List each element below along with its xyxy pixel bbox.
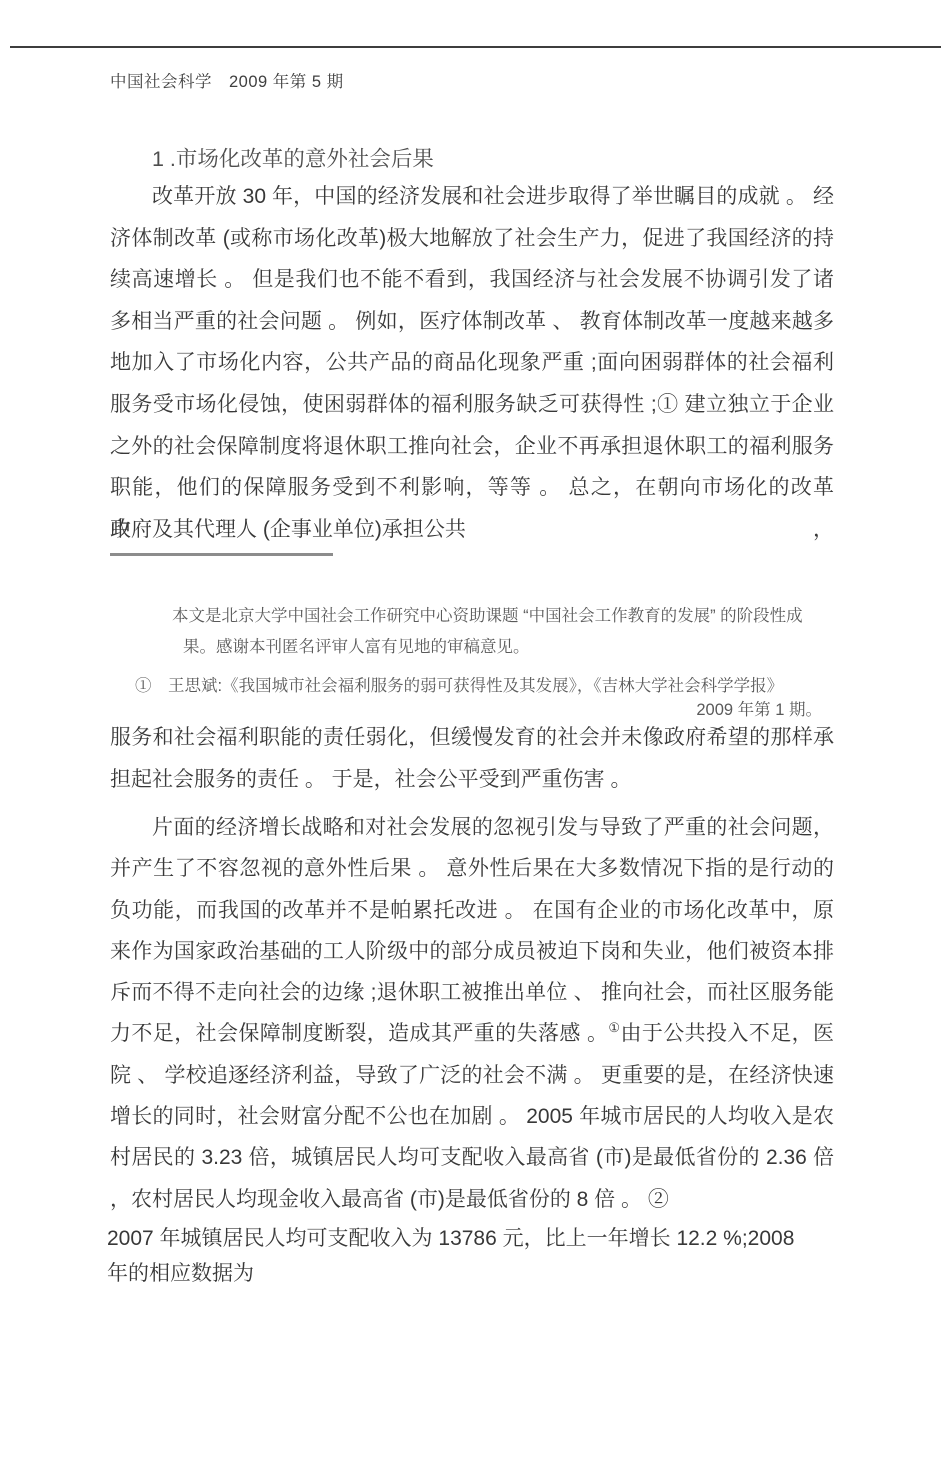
text-line: 之外的社会保障制度将退休职工推向社会，企业不再承担退休职工的福利服务 <box>110 426 834 468</box>
text-line: 增长的同时，社会财富分配不公也在加剧 。 2005 年城市居民的人均收入是农 <box>110 1096 834 1137</box>
footnote-citation-line-1: ① 王思斌:《我国城市社会福利服务的弱可获得性及其发展》，《吉林大学社会科学学报… <box>135 674 783 698</box>
text-line: 片面的经济增长战略和对社会发展的忽视引发与导致了严重的社会问题， <box>110 807 834 848</box>
text-line: 担起社会服务的责任 。 于是，社会公平受到严重伤害 。 <box>110 759 834 801</box>
text-line: 来作为国家政治基础的工人阶级中的部分成员被迫下岗和失业，他们被资本排 <box>110 931 834 972</box>
header-divider <box>10 46 941 48</box>
document-page: 中国社会科学 2009 年第 5 期 1 .市场化改革的意外社会后果 改革开放 … <box>0 0 950 1463</box>
footnote-acknowledgement-line-2: 果。感谢本刊匿名评审人富有见地的审稿意见。 <box>183 635 530 659</box>
text-line-with-footnote-marker: 力不足，社会保障制度断裂，造成其严重的失落感 。①由于公共投入不足，医 <box>110 1013 834 1054</box>
paragraph-2: 服务和社会福利职能的责任弱化，但缓慢发育的社会并未像政府希望的那样承 担起社会服… <box>110 717 834 800</box>
journal-header: 中国社会科学 2009 年第 5 期 <box>110 70 344 94</box>
text-line: ，农村居民人均现金收入最高省 (市)是最低省份的 8 倍 。 ② <box>110 1179 834 1220</box>
text-line: 服务受市场化侵蚀，使困弱群体的福利服务缺乏可获得性 ;① 建立独立于企业 <box>110 384 834 426</box>
footnote-marker-superscript: ① <box>608 1020 620 1035</box>
paragraph-1: 改革开放 30 年，中国的经济发展和社会进步取得了举世瞩目的成就 。 经 济体制… <box>110 176 834 550</box>
text-line: 并产生了不容忽视的意外性后果 。 意外性后果在大多数情况下指的是行动的 <box>110 848 834 889</box>
footnote-acknowledgement-line-1: 本文是北京大学中国社会工作研究中心资助课题 “中国社会工作教育的发展” 的阶段性… <box>172 604 803 628</box>
text-line: 2007 年城镇居民人均可支配收入为 13786 元，比上一年增长 12.2 %… <box>107 1221 838 1256</box>
section-heading: 1 .市场化改革的意外社会后果 <box>152 146 434 172</box>
text-line: 续高速增长 。 但是我们也不能不看到，我国经济与社会发展不协调引发了诸 <box>110 259 834 301</box>
text-line: 年的相应数据为 <box>107 1256 838 1291</box>
text-line: 村居民的 3.23 倍，城镇居民人均可支配收入最高省 (市)是最低省份的 2.3… <box>110 1137 834 1178</box>
paragraph-4: 2007 年城镇居民人均可支配收入为 13786 元，比上一年增长 12.2 %… <box>107 1221 838 1291</box>
text-line: 服务和社会福利职能的责任弱化，但缓慢发育的社会并未像政府希望的那样承 <box>110 717 834 759</box>
paragraph-3: 片面的经济增长战略和对社会发展的忽视引发与导致了严重的社会问题， 并产生了不容忽… <box>110 807 834 1220</box>
text-line: 院 、 学校追逐经济利益，导致了广泛的社会不满 。 更重要的是，在经济快速 <box>110 1055 834 1096</box>
text-line: 斥而不得不走向社会的边缘 ;退休职工被推出单位 、 推向社会，而社区服务能 <box>110 972 834 1013</box>
text-segment: 力不足，社会保障制度断裂，造成其严重的失落感 。 <box>110 1022 608 1045</box>
text-line: 负功能，而我国的改革并不是帕累托改进 。 在国有企业的市场化改革中，原 <box>110 890 834 931</box>
text-line: 改革开放 30 年，中国的经济发展和社会进步取得了举世瞩目的成就 。 经 <box>110 176 834 218</box>
text-line: 济体制改革 (或称市场化改革)极大地解放了社会生产力，促进了我国经济的持 <box>110 218 834 260</box>
text-line: 多相当严重的社会问题 。 例如，医疗体制改革 、 教育体制改革一度越来越多 <box>110 301 834 343</box>
footnote-separator <box>110 553 333 556</box>
text-line: 职能，他们的保障服务受到不利影响，等等 。 总之，在朝向市场化的改革中， <box>110 467 834 509</box>
text-line: 地加入了市场化内容，公共产品的商品化现象严重 ;面向困弱群体的社会福利 <box>110 342 834 384</box>
text-segment: 由于公共投入不足，医 <box>620 1022 834 1045</box>
